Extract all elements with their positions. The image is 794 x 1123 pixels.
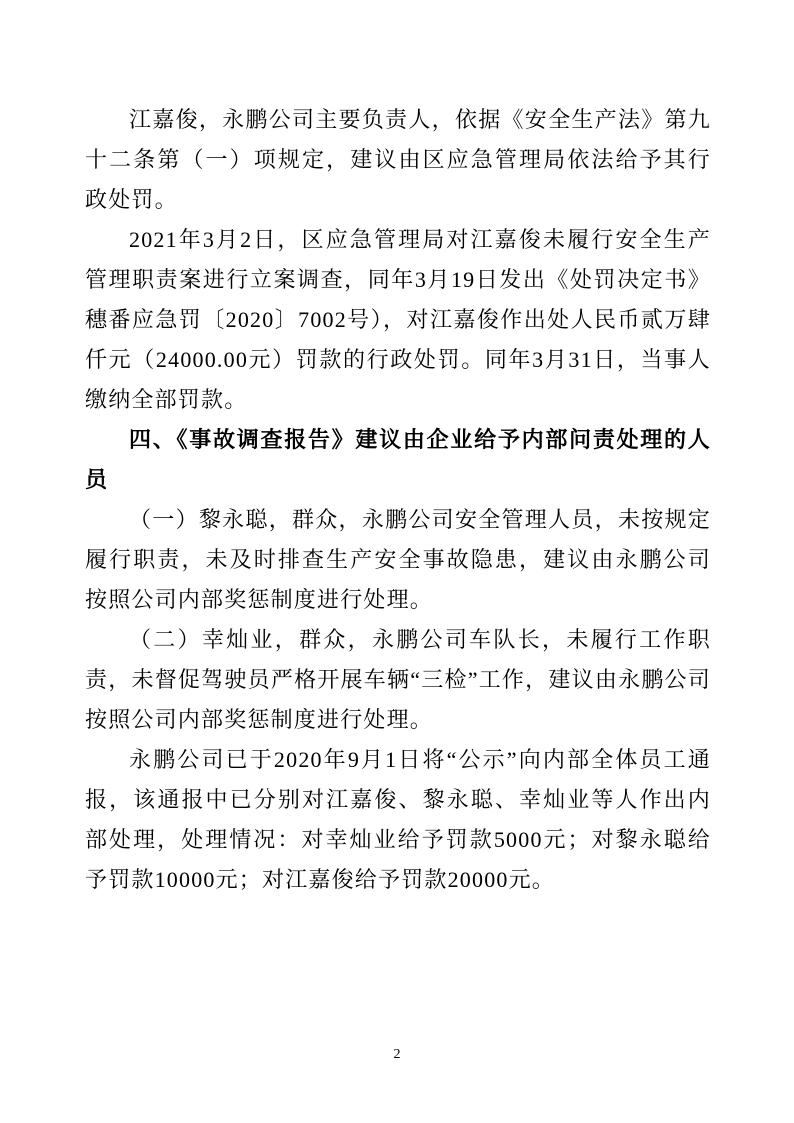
paragraph-penalty-decision-details: 2021年3月2日，区应急管理局对江嘉俊未履行安全生产管理职责案进行立案调查，同… [85,220,711,420]
page-number: 2 [394,1047,401,1062]
document-body: 江嘉俊，永鹏公司主要负责人，依据《安全生产法》第九十二条第（一）项规定，建议由区… [85,100,711,900]
section-heading-internal-accountability: 四、《事故调查报告》建议由企业给予内部问责处理的人员 [85,420,711,500]
document-page: 江嘉俊，永鹏公司主要负责人，依据《安全生产法》第九十二条第（一）项规定，建议由区… [0,0,794,1123]
paragraph-internal-handling-notice: 永鹏公司已于2020年9月1日将“公示”向内部全体员工通报，该通报中已分别对江嘉… [85,740,711,900]
paragraph-admin-penalty-recommendation: 江嘉俊，永鹏公司主要负责人，依据《安全生产法》第九十二条第（一）项规定，建议由区… [85,100,711,220]
page-footer: 2 [0,1045,794,1063]
paragraph-item-two-xing-canye: （二）幸灿业，群众，永鹏公司车队长，未履行工作职责，未督促驾驶员严格开展车辆“三… [85,620,711,740]
paragraph-item-one-li-yongcong: （一）黎永聪，群众，永鹏公司安全管理人员，未按规定履行职责，未及时排查生产安全事… [85,500,711,620]
